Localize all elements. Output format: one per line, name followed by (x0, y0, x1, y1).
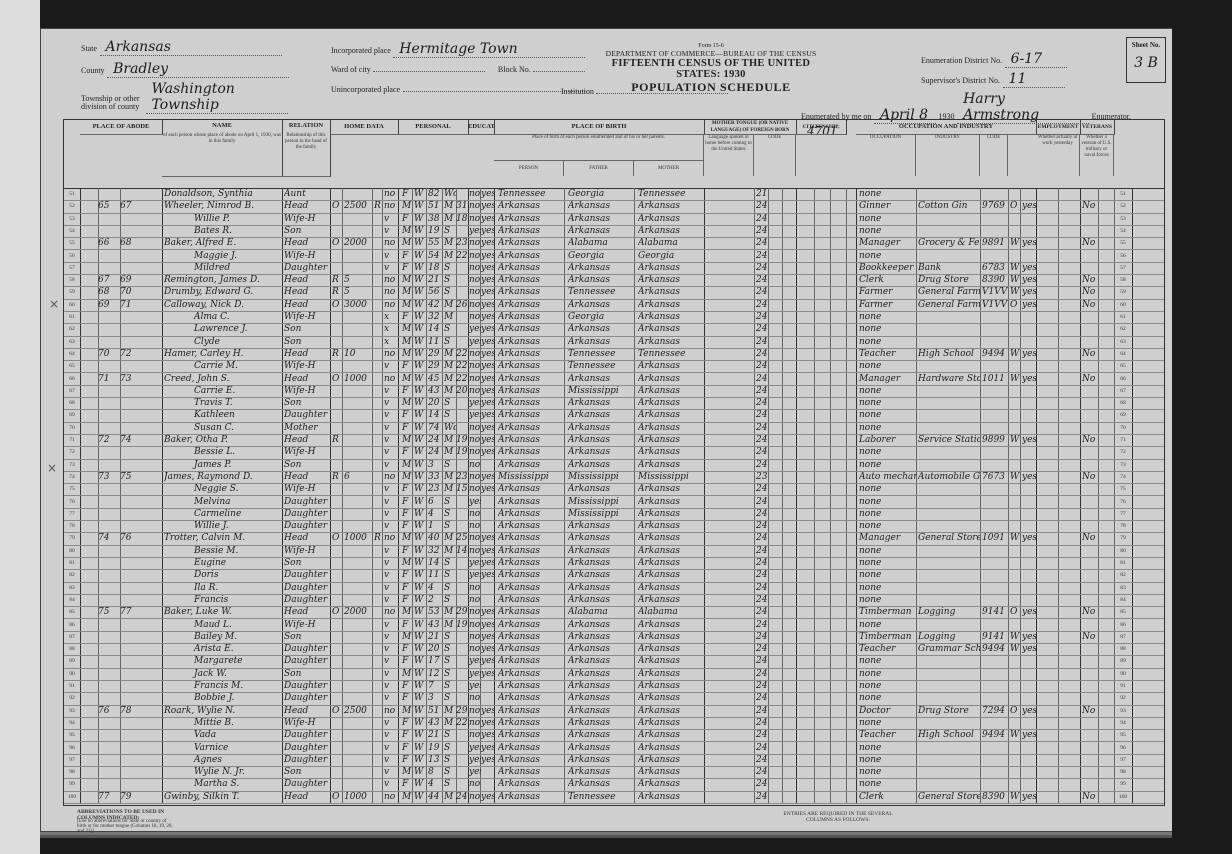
veteran (1082, 397, 1098, 409)
birthplace-father: Tennessee (568, 791, 634, 803)
class-of-worker: W (1010, 471, 1020, 483)
family-number (120, 668, 136, 680)
veteran: No (1082, 237, 1098, 249)
race: W (414, 323, 426, 335)
age: 14 (428, 409, 442, 421)
person-subhead: PERSON (494, 160, 564, 176)
home-value (344, 631, 372, 643)
occupation-code: 9141 (982, 606, 1008, 618)
home-value (344, 520, 372, 532)
age-at-marriage (456, 336, 468, 348)
industry: Hardware Store (918, 373, 980, 385)
relation: Daughter (284, 742, 330, 754)
radio-set (374, 323, 384, 335)
home-tenure (332, 582, 342, 594)
birthplace-father: Arkansas (568, 557, 634, 569)
dwelling-number (98, 397, 114, 409)
line-number: 83 (64, 582, 80, 594)
farm-residence: v (384, 545, 398, 557)
occupation-code (982, 557, 1008, 569)
occupation-code: 1091 (982, 532, 1008, 544)
can-read-write (481, 692, 494, 704)
industry (918, 520, 980, 532)
industry: High School (918, 729, 980, 741)
marital-status: M (444, 446, 456, 458)
sheet-number-box: Sheet No. 3 B (1126, 37, 1166, 83)
age: 19 (428, 225, 442, 237)
birthplace-mother: Arkansas (638, 446, 704, 458)
industry (918, 668, 980, 680)
marital-status: M (444, 200, 456, 212)
occupation-code: 7673 (982, 471, 1008, 483)
birthplace-person: Arkansas (498, 459, 564, 471)
age: 82 (428, 188, 442, 200)
can-read-write: yes (481, 409, 494, 421)
sex: M (402, 766, 412, 778)
birthplace-person: Arkansas (498, 422, 564, 434)
at-work (1022, 692, 1040, 704)
veteran (1082, 692, 1098, 704)
occupation: none (859, 483, 917, 495)
class-of-worker (1010, 446, 1020, 458)
relation: Daughter (284, 569, 330, 581)
radio-set (374, 348, 384, 360)
age-at-marriage (456, 520, 468, 532)
veteran: No (1082, 200, 1098, 212)
veteran (1082, 643, 1098, 655)
at-work: yes (1022, 262, 1040, 274)
dwelling-number (98, 569, 114, 581)
occupation-code (982, 508, 1008, 520)
veteran: No (1082, 471, 1098, 483)
at-work (1022, 188, 1040, 200)
relation: Daughter (284, 655, 330, 667)
class-of-worker (1010, 311, 1020, 323)
radio-set (374, 397, 384, 409)
mother-tongue-code: 24 (756, 446, 770, 458)
age: 29 (428, 348, 442, 360)
home-tenure: O (332, 606, 342, 618)
mother-tongue-code: 24 (756, 594, 770, 606)
relation: Head (284, 434, 330, 446)
age-at-marriage (456, 274, 468, 286)
at-work (1022, 250, 1040, 262)
class-of-worker (1010, 360, 1020, 372)
line-number: 67 (64, 385, 80, 397)
sex: F (402, 446, 412, 458)
family-number: 79 (120, 791, 136, 803)
occupation: none (859, 742, 917, 754)
line-number-right: 95 (1114, 729, 1132, 741)
dwelling-number (98, 643, 114, 655)
sex: M (402, 299, 412, 311)
marital-status: S (444, 286, 456, 298)
mother-tongue-code: 24 (756, 619, 770, 631)
industry (918, 336, 980, 348)
birthplace-person: Arkansas (498, 483, 564, 495)
dwelling-number (98, 717, 114, 729)
can-read-write: yes (481, 188, 494, 200)
radio-set (374, 520, 384, 532)
industry (918, 250, 980, 262)
occupation-code (982, 742, 1008, 754)
class-of-worker (1010, 668, 1020, 680)
home-value: 10 (344, 348, 372, 360)
attended-school: yes (469, 742, 481, 754)
industry (918, 225, 980, 237)
radio-set (374, 311, 384, 323)
birthplace-father: Mississippi (568, 508, 634, 520)
person-name: Travis T. (164, 397, 282, 409)
marital-status: S (444, 594, 456, 606)
age: 43 (428, 717, 442, 729)
birthplace-father: Arkansas (568, 582, 634, 594)
birthplace-person: Arkansas (498, 520, 564, 532)
home-tenure (332, 446, 342, 458)
line-number-right: 86 (1114, 619, 1132, 631)
sex: M (402, 791, 412, 803)
attended-school: yes (469, 754, 481, 766)
can-read-write: yes (481, 311, 494, 323)
table-row: 93937678Roark, Wylie N.HeadO2500noMW51M2… (64, 705, 1164, 718)
family-number (120, 717, 136, 729)
at-work (1022, 680, 1040, 692)
line-number: 51 (64, 188, 80, 200)
table-row: 8080Bessie M.Wife-HvFW32M14noyesArkansas… (64, 545, 1164, 558)
occupation: Timberman (859, 631, 917, 643)
age: 6 (428, 496, 442, 508)
veteran (1082, 446, 1098, 458)
veteran: No (1082, 631, 1098, 643)
home-tenure (332, 262, 342, 274)
at-work (1022, 225, 1040, 237)
person-name: Clyde (164, 336, 282, 348)
birthplace-person: Arkansas (498, 336, 564, 348)
mother-tongue-code: 24 (756, 286, 770, 298)
birthplace-person: Arkansas (498, 655, 564, 667)
veteran: No (1082, 286, 1098, 298)
form-title-block: Form 15-6 DEPARTMENT OF COMMERCE—BUREAU … (601, 43, 821, 95)
industry (918, 569, 980, 581)
birthplace-mother: Arkansas (638, 299, 704, 311)
at-work (1022, 545, 1040, 557)
age-at-marriage: 22 (456, 360, 468, 372)
farm-residence: v (384, 692, 398, 704)
can-read-write: yes (481, 668, 494, 680)
race: W (414, 446, 426, 458)
farm-residence: v (384, 385, 398, 397)
home-value (344, 213, 372, 225)
line-number: 82 (64, 569, 80, 581)
class-of-worker (1010, 520, 1020, 532)
person-name: Lawrence J. (164, 323, 282, 335)
radio-set (374, 250, 384, 262)
age-at-marriage (456, 729, 468, 741)
veteran: No (1082, 606, 1098, 618)
attended-school: no (469, 692, 481, 704)
sex: F (402, 778, 412, 790)
farm-residence: no (384, 274, 398, 286)
table-row: 8888Arista E.DaughtervFW20SnoyesArkansas… (64, 643, 1164, 656)
family-number (120, 582, 136, 594)
birthplace-mother: Tennessee (638, 188, 704, 200)
radio-set (374, 619, 384, 631)
line-number: 61 (64, 311, 80, 323)
person-name: Francis M. (164, 680, 282, 692)
line-number: 79 (64, 532, 80, 544)
line-number: 60 (64, 299, 80, 311)
dwelling-number: 75 (98, 606, 114, 618)
farm-residence: v (384, 680, 398, 692)
home-value: 1000 (344, 373, 372, 385)
marital-status: S (444, 569, 456, 581)
industry (918, 360, 980, 372)
veteran (1082, 754, 1098, 766)
mother-tongue-code: 24 (756, 385, 770, 397)
dwelling-number (98, 619, 114, 631)
family-number (120, 545, 136, 557)
person-name: Doris (164, 569, 282, 581)
table-row: 85857577Baker, Luke W.HeadO2000noMW53M29… (64, 606, 1164, 619)
farm-residence: no (384, 188, 398, 200)
marital-status: M (444, 606, 456, 618)
at-work: yes (1022, 606, 1040, 618)
person-name: Bates R. (164, 225, 282, 237)
home-tenure (332, 360, 342, 372)
dwelling-number (98, 778, 114, 790)
race: W (414, 188, 426, 200)
at-work: yes (1022, 471, 1040, 483)
mother-tongue-code: 24 (756, 692, 770, 704)
dwelling-number: 73 (98, 471, 114, 483)
home-value: 3000 (344, 299, 372, 311)
can-read-write: yes (481, 225, 494, 237)
occupation: Manager (859, 373, 917, 385)
attended-school: yes (469, 557, 481, 569)
table-row: 6767Carrie E.Wife-HvFW43M20noyesArkansas… (64, 385, 1164, 398)
class-of-worker: O (1010, 299, 1020, 311)
industry (918, 311, 980, 323)
birthplace-father: Arkansas (568, 668, 634, 680)
industry: Grocery & Feed (918, 237, 980, 249)
radio-set (374, 742, 384, 754)
age: 13 (428, 754, 442, 766)
line-number-right: 63 (1114, 336, 1132, 348)
can-read-write: yes (481, 397, 494, 409)
line-number: 92 (64, 692, 80, 704)
person-name: Kathleen (164, 409, 282, 421)
relation: Son (284, 631, 330, 643)
birthplace-mother: Arkansas (638, 274, 704, 286)
relation: Wife-H (284, 311, 330, 323)
occupation-code: 7294 (982, 705, 1008, 717)
sex: F (402, 409, 412, 421)
age-at-marriage: 22 (456, 717, 468, 729)
family-number (120, 508, 136, 520)
age-at-marriage: 18 (456, 213, 468, 225)
line-number: 98 (64, 766, 80, 778)
line-number: 84 (64, 594, 80, 606)
relation: Daughter (284, 520, 330, 532)
attended-school: no (469, 237, 481, 249)
age: 3 (428, 692, 442, 704)
line-number: 91 (64, 680, 80, 692)
line-number: 68 (64, 397, 80, 409)
can-read-write: yes (481, 557, 494, 569)
age: 23 (428, 483, 442, 495)
home-tenure (332, 496, 342, 508)
sex: M (402, 397, 412, 409)
can-read-write: yes (481, 200, 494, 212)
line-number-right: 84 (1114, 594, 1132, 606)
table-row: 5353Willie P.Wife-HvFW38M18noyesArkansas… (64, 213, 1164, 226)
marital-status: S (444, 582, 456, 594)
dwelling-number (98, 754, 114, 766)
occupation: none (859, 754, 917, 766)
line-number: 99 (64, 778, 80, 790)
occupation: none (859, 225, 917, 237)
occupation: Teacher (859, 348, 917, 360)
home-tenure (332, 483, 342, 495)
class-of-worker: W (1010, 286, 1020, 298)
age: 56 (428, 286, 442, 298)
family-number (120, 557, 136, 569)
occupation: Teacher (859, 729, 917, 741)
line-number: 63 (64, 336, 80, 348)
person-name: Creed, John S. (164, 373, 282, 385)
family-number (120, 520, 136, 532)
race: W (414, 655, 426, 667)
home-value (344, 729, 372, 741)
home-tenure (332, 557, 342, 569)
age-at-marriage (456, 680, 468, 692)
attended-school: yes (469, 336, 481, 348)
class-of-worker: O (1010, 200, 1020, 212)
line-number-right: 74 (1114, 471, 1132, 483)
mother-tongue-code: 24 (756, 557, 770, 569)
veteran-subhead: Whether a veteran of U.S. military or na… (1080, 134, 1114, 176)
industry (918, 594, 980, 606)
can-read-write: yes (481, 655, 494, 667)
farm-residence: no (384, 373, 398, 385)
veteran (1082, 766, 1098, 778)
industry (918, 188, 980, 200)
birthplace-person: Arkansas (498, 299, 564, 311)
dwelling-number (98, 508, 114, 520)
age-at-marriage (456, 643, 468, 655)
attended-school: no (469, 188, 481, 200)
enum-district-label: Enumeration District No. (921, 56, 1002, 65)
farm-residence: v (384, 778, 398, 790)
line-number-right: 65 (1114, 360, 1132, 372)
race: W (414, 557, 426, 569)
race: W (414, 545, 426, 557)
birthplace-father: Arkansas (568, 680, 634, 692)
industry (918, 545, 980, 557)
marital-status: S (444, 754, 456, 766)
veteran (1082, 742, 1098, 754)
line-number-right: 97 (1114, 754, 1132, 766)
attended-school: yes (469, 668, 481, 680)
table-row: 5454Bates R.SonvMW19SyesyesArkansasArkan… (64, 225, 1164, 238)
radio-set (374, 409, 384, 421)
birthplace-mother: Arkansas (638, 582, 704, 594)
class-of-worker: W (1010, 631, 1020, 643)
birthplace-person: Arkansas (498, 692, 564, 704)
birthplace-father: Arkansas (568, 643, 634, 655)
home-tenure: R (332, 471, 342, 483)
can-read-write: yes (481, 729, 494, 741)
occupation-code (982, 409, 1008, 421)
industry (918, 619, 980, 631)
line-number-right: 62 (1114, 323, 1132, 335)
at-work (1022, 311, 1040, 323)
occupation-code: V1VV (982, 299, 1008, 311)
home-tenure (332, 594, 342, 606)
population-table: PLACE OF ABODE NAMEof each person whose … (63, 119, 1165, 806)
farm-residence: no (384, 286, 398, 298)
attended-school: yes (469, 323, 481, 335)
home-value: 2000 (344, 237, 372, 249)
home-tenure (332, 619, 342, 631)
table-row: 6161Alma C.Wife-HxFW32MnoyesArkansasGeor… (64, 311, 1164, 324)
age: 40 (428, 532, 442, 544)
veteran (1082, 360, 1098, 372)
at-work: yes (1022, 729, 1040, 741)
sex: F (402, 496, 412, 508)
home-value (344, 655, 372, 667)
person-name: Trotter, Calvin M. (164, 532, 282, 544)
age-at-marriage: 15 (456, 483, 468, 495)
race: W (414, 409, 426, 421)
relation: Wife-H (284, 250, 330, 262)
relation: Son (284, 336, 330, 348)
person-name: Willie J. (164, 520, 282, 532)
veteran: No (1082, 373, 1098, 385)
home-value: 5 (344, 286, 372, 298)
birthplace-person: Arkansas (498, 262, 564, 274)
radio-set (374, 545, 384, 557)
occupation-code (982, 446, 1008, 458)
sex: M (402, 200, 412, 212)
family-number: 68 (120, 237, 136, 249)
family-number (120, 360, 136, 372)
group-education: EDUCATION (468, 120, 495, 135)
relation: Head (284, 791, 330, 803)
marital-status: S (444, 680, 456, 692)
table-row: 79797476Trotter, Calvin M.HeadO1000RnoMW… (64, 532, 1164, 545)
line-number-right: 56 (1114, 250, 1132, 262)
occupation-code (982, 520, 1008, 532)
family-number: 70 (120, 286, 136, 298)
sex: F (402, 643, 412, 655)
table-row: 9898Wylie N. Jr.SonvMW8SyesArkansasArkan… (64, 766, 1164, 779)
family-number (120, 262, 136, 274)
person-name: Bailey M. (164, 631, 282, 643)
person-name: Wheeler, Nimrod B. (164, 200, 282, 212)
line-number-right: 57 (1114, 262, 1132, 274)
radio-set (374, 557, 384, 569)
veteran (1082, 545, 1098, 557)
sex: M (402, 348, 412, 360)
family-number: 77 (120, 606, 136, 618)
table-row: 52526567Wheeler, Nimrod B.HeadO2500RnoMW… (64, 200, 1164, 213)
class-of-worker (1010, 582, 1020, 594)
institution-label: Institution (561, 87, 594, 96)
age-at-marriage (456, 508, 468, 520)
family-number (120, 385, 136, 397)
occupation-code (982, 717, 1008, 729)
